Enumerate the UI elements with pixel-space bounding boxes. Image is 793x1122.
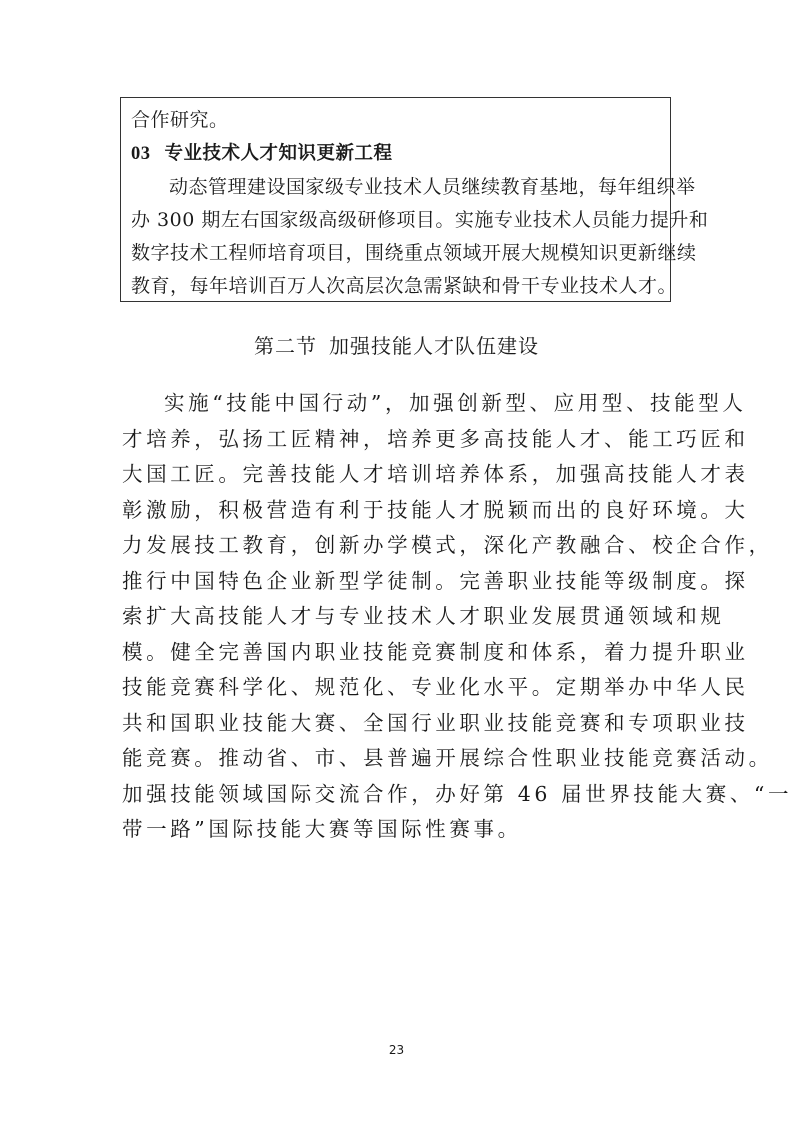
box-text-line: 办 300 期左右国家级高级研修项目。实施专业技术人员能力提升和 <box>131 204 660 237</box>
body-paragraph: 实施“技能中国行动”，加强创新型、应用型、技能型人 才培养，弘扬工匠精神，培养更… <box>122 386 682 848</box>
section-number: 第二节 <box>254 334 317 358</box>
page-number: 23 <box>0 1043 793 1057</box>
body-line: 推行中国特色企业新型学徒制。完善职业技能等级制度。探 <box>122 564 682 600</box>
body-line: 实施“技能中国行动”，加强创新型、应用型、技能型人 <box>122 386 682 422</box>
section-heading: 加强技能人才队伍建设 <box>329 334 539 358</box>
body-line: 力发展技工教育，创新办学模式，深化产教融合、校企合作， <box>122 528 682 564</box>
box-continuation-text: 合作研究。 <box>131 104 660 137</box>
box-text-line: 动态管理建设国家级专业技术人员继续教育基地，每年组织举 <box>131 171 660 204</box>
body-line: 共和国职业技能大赛、全国行业职业技能竞赛和专项职业技 <box>122 706 682 742</box>
body-line: 索扩大高技能人才与专业技术人才职业发展贯通领域和规 <box>122 599 682 635</box>
box-text-line: 教育，每年培训百万人次高层次急需紧缺和骨干专业技术人才。 <box>131 270 660 303</box>
body-line: 带一路”国际技能大赛等国际性赛事。 <box>122 812 682 848</box>
program-box: 合作研究。 03专业技术人才知识更新工程 动态管理建设国家级专业技术人员继续教育… <box>120 97 671 302</box>
box-heading-number: 03 <box>131 144 151 164</box>
body-line: 技能竞赛科学化、规范化、专业化水平。定期举办中华人民 <box>122 670 682 706</box>
box-text-line: 数字技术工程师培育项目，围绕重点领域开展大规模知识更新继续 <box>131 237 660 270</box>
body-line: 彰激励，积极营造有利于技能人才脱颖而出的良好环境。大 <box>122 493 682 529</box>
box-heading: 03专业技术人才知识更新工程 <box>131 137 660 171</box>
body-line: 大国工匠。完善技能人才培训培养体系，加强高技能人才表 <box>122 457 682 493</box>
body-line: 才培养，弘扬工匠精神，培养更多高技能人才、能工巧匠和 <box>122 422 682 458</box>
body-line: 能竞赛。推动省、市、县普遍开展综合性职业技能竞赛活动。 <box>122 741 682 777</box>
box-heading-title: 专业技术人才知识更新工程 <box>165 143 393 164</box>
section-title: 第二节加强技能人才队伍建设 <box>0 330 793 359</box>
body-line: 加强技能领域国际交流合作，办好第 46 届世界技能大赛、“一 <box>122 777 682 813</box>
body-line: 模。健全完善国内职业技能竞赛制度和体系，着力提升职业 <box>122 635 682 671</box>
